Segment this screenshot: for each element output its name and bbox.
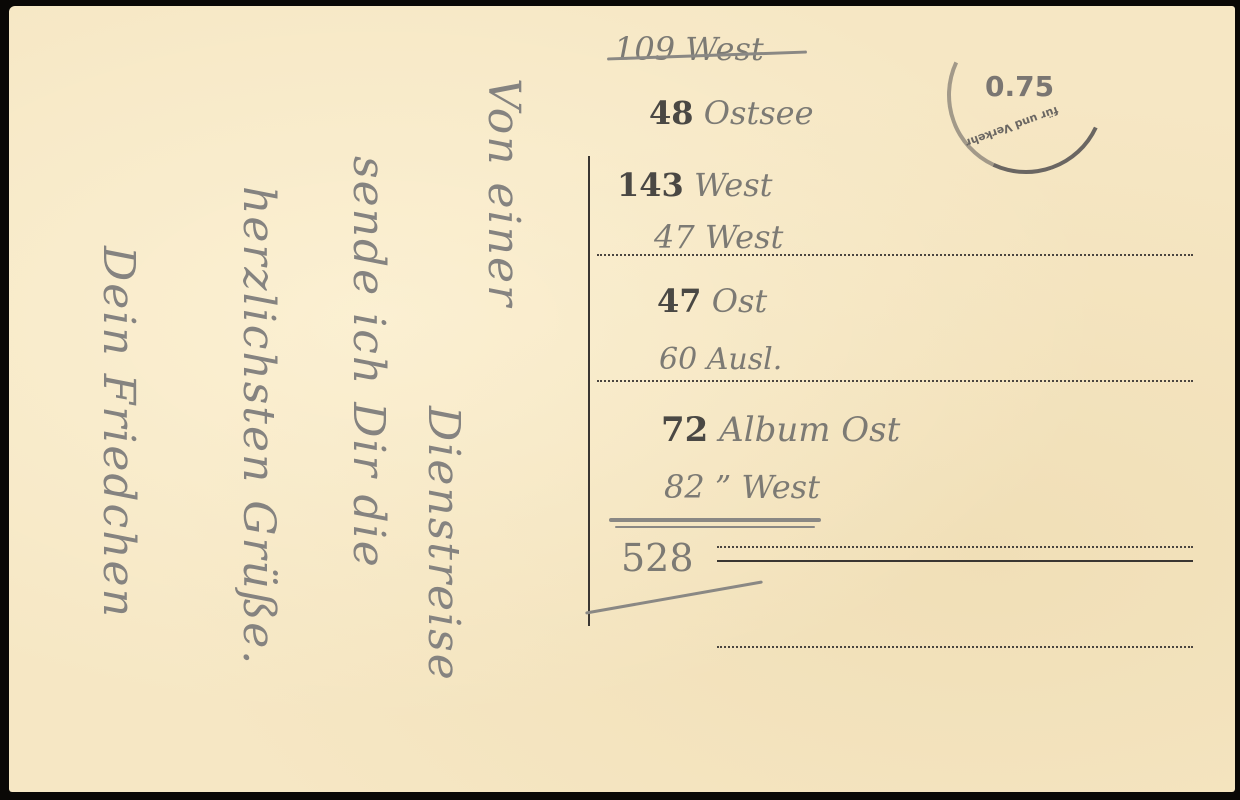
address-line-4 xyxy=(717,646,1193,648)
tally-row-5: 47 Ost xyxy=(657,282,767,320)
address-line-2 xyxy=(597,380,1193,382)
address-line-3-solid xyxy=(717,560,1193,562)
postcard-back: Von einer Dienstreise sende ich Dir die … xyxy=(9,6,1235,792)
message-line-4: herzlichsten Grüße. xyxy=(233,186,284,666)
tally-count: 48 xyxy=(649,94,694,132)
tally-label: Ausl. xyxy=(707,342,783,377)
tally-row-2: 48 Ostsee xyxy=(649,94,814,132)
tally-row-8: 82 ” West xyxy=(664,468,820,506)
tally-row-4: 47 West xyxy=(654,218,783,256)
tally-label: West xyxy=(685,30,764,68)
tally-row-6: 60 Ausl. xyxy=(659,342,782,377)
tally-count: 143 xyxy=(617,166,684,204)
tally-row-1: 109 West xyxy=(614,30,764,68)
tally-label: West xyxy=(694,166,773,204)
tally-row-3: 143 West xyxy=(617,166,772,204)
message-line-5: Dein Friedchen xyxy=(93,246,144,619)
address-line-3 xyxy=(717,546,1193,548)
tally-label: ” West xyxy=(715,468,820,506)
divider-vertical xyxy=(588,156,590,626)
sum-line-2 xyxy=(615,526,815,528)
postmark-value: 0.75 xyxy=(985,70,1054,103)
tally-label: Ostsee xyxy=(704,94,814,132)
message-line-3: sende ich Dir die xyxy=(343,156,394,569)
tally-label: Ost xyxy=(712,282,768,320)
tally-total: 528 xyxy=(621,536,694,580)
total-underline xyxy=(585,580,763,614)
tally-count: 47 xyxy=(654,218,695,256)
postmark-stamp: 0.75 für und Verkehr xyxy=(947,66,1097,166)
sum-line xyxy=(609,518,821,522)
tally-count: 82 xyxy=(664,468,705,506)
tally-row-7: 72 Album Ost xyxy=(661,410,900,450)
tally-label: Album Ost xyxy=(719,410,900,450)
message-line-2: Dienstreise xyxy=(418,406,469,682)
tally-count: 109 xyxy=(614,30,675,68)
message-line-1: Von einer xyxy=(478,78,529,308)
tally-count: 60 xyxy=(659,342,697,377)
tally-count: 72 xyxy=(661,410,708,450)
tally-label: West xyxy=(705,218,784,256)
tally-count: 47 xyxy=(657,282,702,320)
